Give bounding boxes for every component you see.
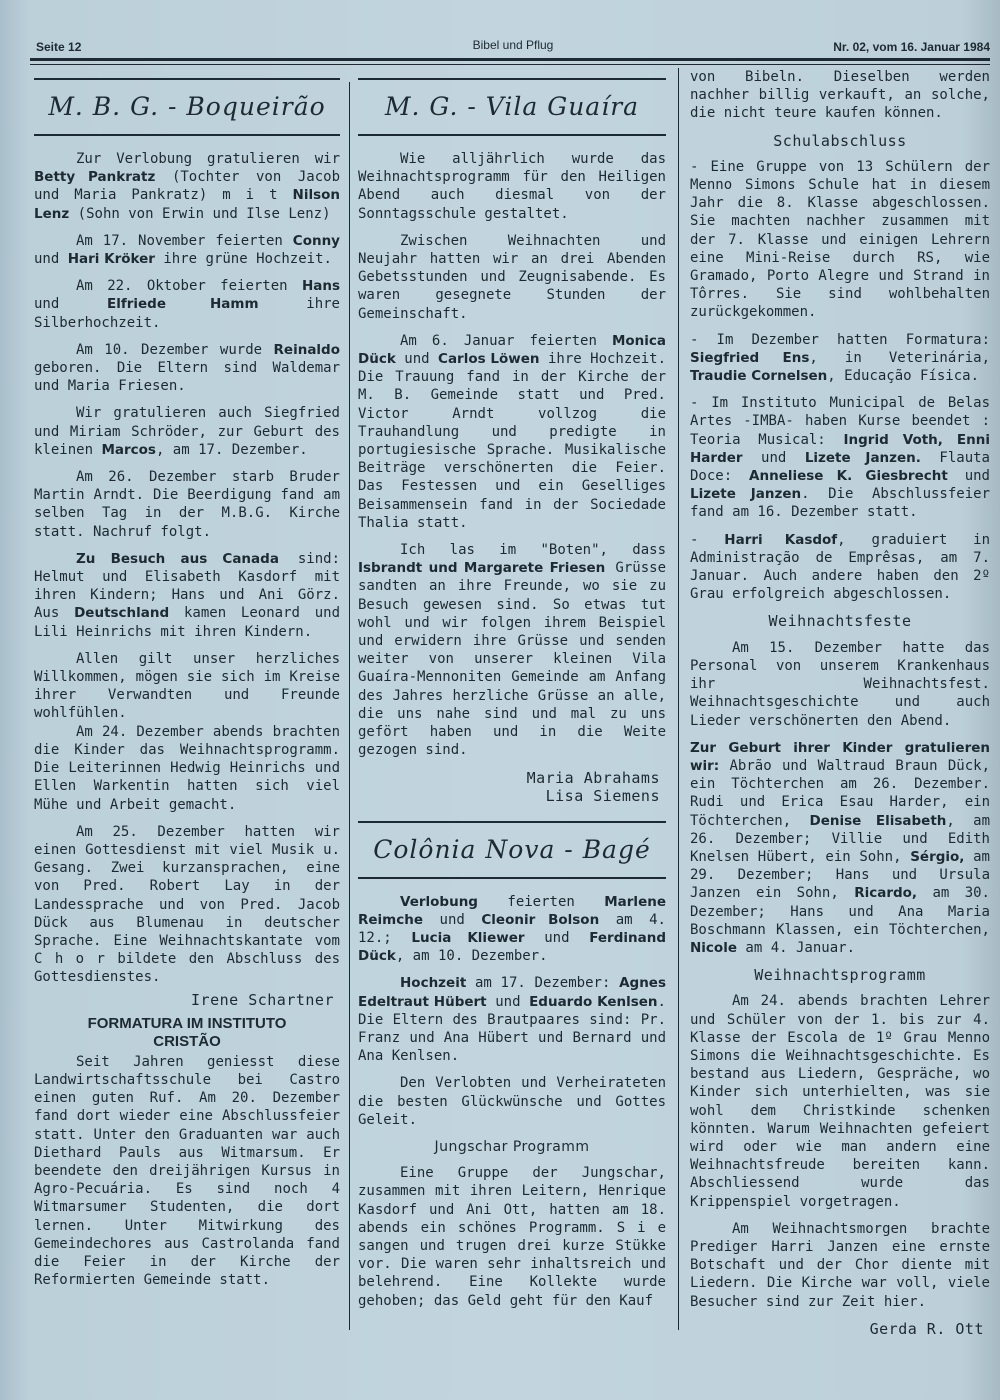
paragraph: Ich las im "Boten", dass Isbrandt und Ma…: [358, 541, 666, 759]
paragraph: Wie alljährlich wurde das Weihnachtsprog…: [358, 150, 666, 223]
paragraph: Zwischen Weihnachten und Neujahr hatten …: [358, 232, 666, 323]
paragraph: Allen gilt unser herzliches Willkommen, …: [34, 650, 340, 723]
paragraph: Seit Jahren geniesst diese Landwirtschaf…: [34, 1053, 340, 1290]
title-rule: [358, 877, 666, 879]
author-signature: Lisa Siemens: [358, 787, 660, 805]
paragraph: Zur Verlobung gratulieren wir Betty Pank…: [34, 150, 340, 223]
paragraph: von Bibeln. Dieselben werden nachher bil…: [690, 68, 990, 123]
paragraph: Eine Gruppe der Jungschar, zusammen mit …: [358, 1164, 666, 1310]
title-rule: [34, 134, 340, 136]
newspaper-page: Seite 12 Bibel und Pflug Nr. 02, vom 16.…: [0, 0, 1000, 1400]
issue-date: Nr. 02, vom 16. Januar 1984: [833, 40, 990, 54]
title-rule: [358, 134, 666, 136]
column-divider: [349, 82, 350, 1330]
paragraph: Zur Geburt ihrer Kinder gratulieren wir:…: [690, 739, 990, 957]
paragraph: Am 24. Dezember abends brachten die Kind…: [34, 723, 340, 814]
paragraph: Zu Besuch aus Canada sind: Helmut und El…: [34, 550, 340, 641]
column-continued: von Bibeln. Dieselben werden nachher bil…: [690, 66, 990, 1344]
section-title-box: Colônia Nova - Bagé: [358, 821, 666, 879]
column-divider: [678, 68, 679, 1330]
paragraph: Verlobung feierten Marlene Reimche und C…: [358, 893, 666, 966]
author-signature: Maria Abrahams: [358, 769, 660, 787]
paragraph: Am 15. Dezember hatte das Personal von u…: [690, 639, 990, 730]
subsection-heading: Weihnachtsfeste: [690, 612, 990, 630]
author-signature: Gerda R. Ott: [690, 1320, 984, 1338]
header-rule-thin: [30, 64, 990, 65]
page-header: Seite 12 Bibel und Pflug Nr. 02, vom 16.…: [36, 38, 990, 56]
author-signature: Irene Schartner: [34, 991, 334, 1009]
paragraph: - Harri Kasdof, graduiert in Administraç…: [690, 531, 990, 604]
paragraph: Am 24. abends brachten Lehrer und Schüle…: [690, 992, 990, 1210]
paragraph: - Im Dezember hatten Formatura: Siegfrie…: [690, 331, 990, 386]
section-title: M. G. - Vila Guaíra: [358, 80, 666, 134]
paragraph: Am 6. Januar feierten Monica Dück und Ca…: [358, 332, 666, 532]
subsection-heading: FORMATURA IM INSTITUTO CRISTÃO: [34, 1015, 340, 1051]
paragraph: Den Verlobten und Verheirateten die best…: [358, 1074, 666, 1129]
section-title-box: M. G. - Vila Guaíra: [358, 78, 666, 136]
paragraph: Am 17. November feierten Conny und Hari …: [34, 232, 340, 268]
subsection-heading: Weihnachtsprogramm: [690, 966, 990, 984]
subsection-heading: Schulabschluss: [690, 132, 990, 150]
section-title: M. B. G. - Boqueirão: [34, 80, 340, 134]
paragraph: - Im Instituto Municipal de Belas Artes …: [690, 394, 990, 521]
paragraph: Am 25. Dezember hatten wir einen Gottesd…: [34, 823, 340, 987]
paragraph: Wir gratulieren auch Siegfried und Miria…: [34, 404, 340, 459]
header-rule: [30, 58, 990, 61]
paragraph: Am 22. Oktober feierten Hans und Elfried…: [34, 277, 340, 332]
section-title: Colônia Nova - Bagé: [358, 823, 666, 877]
column-vila-guaira: M. G. - Vila Guaíra Wie alljährlich wurd…: [358, 66, 666, 1319]
paragraph: Am Weihnachtsmorgen brachte Prediger Har…: [690, 1220, 990, 1311]
section-title-box: M. B. G. - Boqueirão: [34, 78, 340, 136]
subsection-heading: Jungschar Programm: [358, 1138, 666, 1156]
paragraph: Am 10. Dezember wurde Reinaldo geboren. …: [34, 341, 340, 396]
column-boqueirao: M. B. G. - Boqueirão Zur Verlobung gratu…: [34, 66, 340, 1298]
paragraph: Hochzeit am 17. Dezember: Agnes Edeltrau…: [358, 974, 666, 1065]
paragraph: Am 26. Dezember starb Bruder Martin Arnd…: [34, 468, 340, 541]
paragraph: - Eine Gruppe von 13 Schülern der Menno …: [690, 158, 990, 322]
